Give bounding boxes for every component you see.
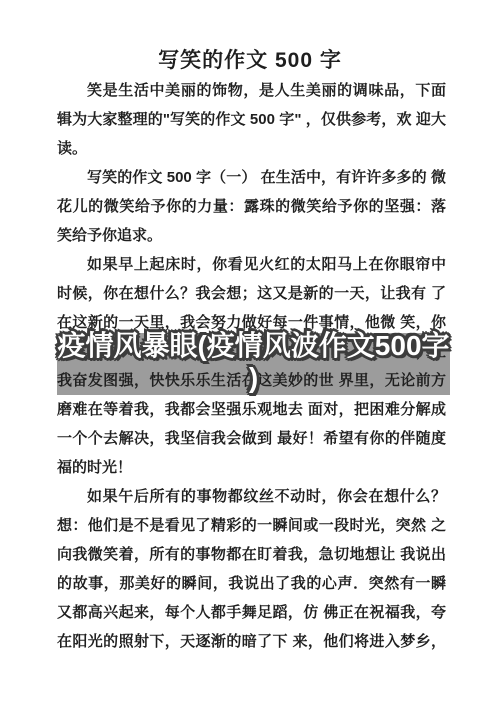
text-line: 想：他们是不是看见了精彩的一瞬间或一段时光，突然 之间，都: [57, 511, 446, 540]
text-line: 读。: [57, 134, 446, 163]
text-line: 如果午后所有的事物都纹丝不动时，你会在想什么？我 会在: [57, 482, 446, 511]
text-line: 时候，你在想什么？我会想；这又是新的一天，让我有 了信心，: [57, 279, 446, 308]
text-line: 如果早上起床时，你看见火红的太阳马上在你眼帘中出 现的: [57, 250, 446, 279]
text-line: 的故事，那美好的瞬间，我说出了我的心声．突然有一瞬间，他们: [57, 569, 446, 598]
text-line: 在阳光的照射下，天逐渐的暗了下 来，他们将进入梦乡，回想起: [57, 627, 446, 656]
text-line: 一个个去解决，我坚信我会做到 最好！希望有你的伴随度过我幸: [57, 424, 446, 453]
document-title: 写笑的作文 500 字: [0, 44, 500, 74]
text-line: 笑是生活中美丽的饰物，是人生美丽的调味品，下面是 由编: [57, 76, 446, 105]
watermark-title-line1: 疫情风暴眼(疫情风波作文500字: [57, 330, 450, 362]
text-line: 花儿的微笑给予你的力量：露珠的微笑给予你的坚强：落叶的微: [57, 192, 446, 221]
watermark-title: 疫情风暴眼(疫情风波作文500字 ): [57, 330, 450, 394]
text-line: 写笑的作文 500 字（一） 在生活中，有许许多多的 微笑，: [57, 163, 446, 192]
text-line: 磨难在等着我，我都会坚强乐观地去 面对，把困难分解成小困难: [57, 395, 446, 424]
text-line: 又都高兴起来，每个人都手舞足蹈，仿 佛正在祝福我，夸赞我！: [57, 598, 446, 627]
text-line: 向我微笑着，所有的事物都在盯着我，急切地想让 我说出所经历: [57, 540, 446, 569]
page: { "page": { "background": "#ffffff", "te…: [0, 0, 500, 726]
text-line: 福的时光！: [57, 453, 446, 482]
watermark-title-line2: ): [57, 362, 450, 394]
text-line: 辑为大家整理的"写笑的作文 500 字" ，仅供参考，欢 迎大家阅: [57, 105, 446, 134]
text-line: 笑给予你追求。: [57, 221, 446, 250]
